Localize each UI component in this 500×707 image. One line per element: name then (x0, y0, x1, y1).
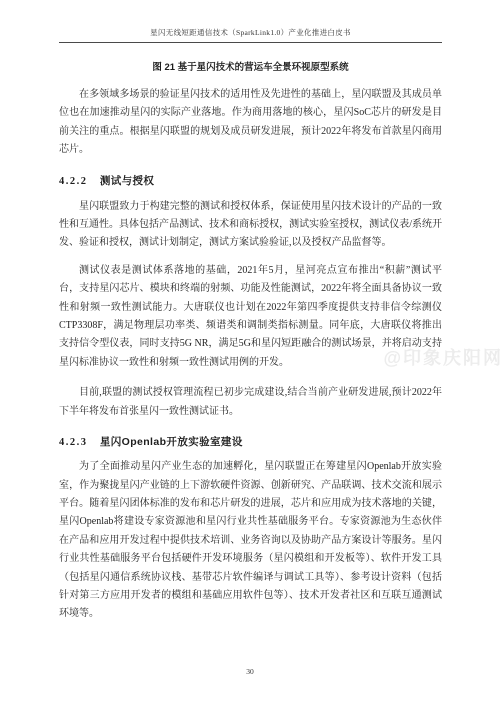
heading-number: 4.2.2 (59, 176, 88, 187)
figure-caption: 图 21 基于星闪技术的营运车全景环视原型系统 (59, 59, 442, 73)
heading-title: 星闪Openlab开放实验室建设 (100, 436, 243, 448)
paragraph-openlab: 为了全面推动星闪产业生态的加速孵化，星闪联盟正在筹建星闪Openlab开放实验室… (59, 458, 442, 624)
running-header-title: 星闪无线短距通信技术（SparkLink1.0）产业化推进白皮书 (59, 0, 442, 38)
heading-number: 4.2.3 (59, 437, 88, 448)
paragraph-test-instruments: 测试仪表是测试体系落地的基础，2021年5月，星河亮点宣布推出“积薪”测试平台，… (59, 262, 442, 372)
paragraph-testing-overview: 星闪联盟致力于构建完整的测试和授权体系，保证使用星闪技术设计的产品的一致性和互通… (59, 198, 442, 253)
header-rule-divider (59, 42, 442, 43)
page-number: 30 (0, 667, 500, 676)
document-page: @印象庆阳网 星闪无线短距通信技术（SparkLink1.0）产业化推进白皮书 … (0, 0, 500, 707)
paragraph-intro: 在多领域多场景的验证星闪技术的适用性及先进性的基础上，星闪联盟及其成员单位也在加… (59, 86, 442, 160)
page-content: 星闪无线短距通信技术（SparkLink1.0）产业化推进白皮书 图 21 基于… (59, 0, 442, 624)
heading-title: 测试与授权 (100, 175, 155, 187)
heading-section-4-2-3: 4.2.3 星闪Openlab开放实验室建设 (59, 434, 442, 449)
heading-section-4-2-2: 4.2.2 测试与授权 (59, 173, 442, 188)
paragraph-certification-plan: 目前,联盟的测试授权管理流程已初步完成建设,结合当前产业研发进展,预计2022年… (59, 384, 442, 421)
